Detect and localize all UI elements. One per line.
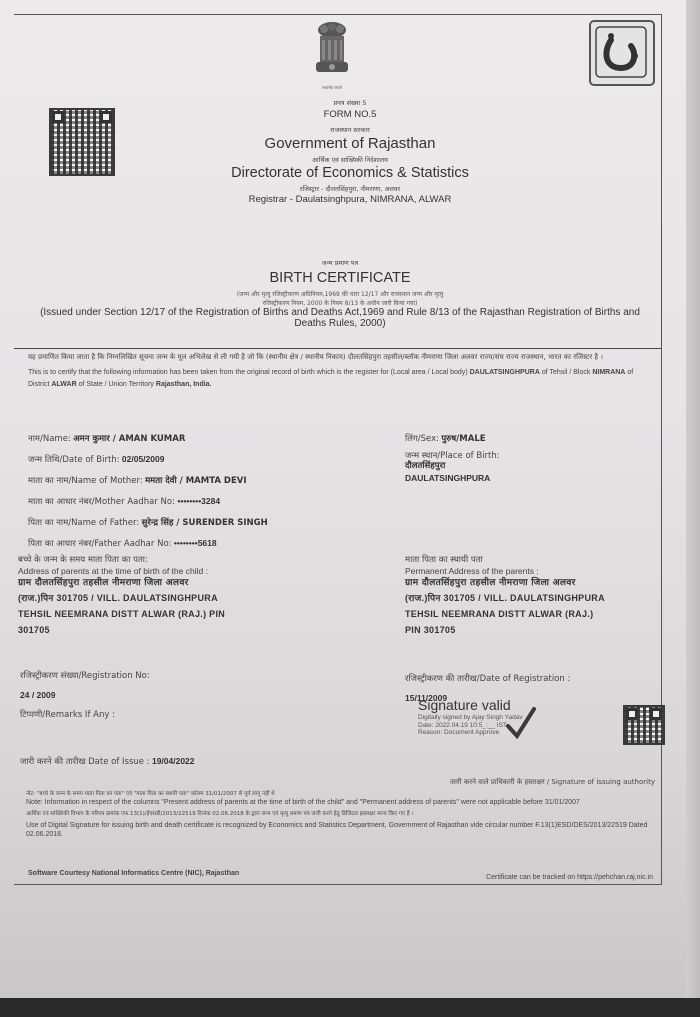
software-courtesy: Software Courtesy National Informatics C… xyxy=(28,869,239,878)
note-hindi: नोट: "बच्चे के जन्म के समय माता पिता का … xyxy=(26,790,656,798)
father-value: सुरेन्द्र सिंह / SURENDER SINGH xyxy=(142,518,268,528)
certify-prefix: This is to certify that the following in… xyxy=(28,369,468,376)
govt-name: Government of Rajasthan xyxy=(180,135,520,152)
father-row: पिता का नाम/Name of Father: सुरेन्द्र सि… xyxy=(28,512,368,533)
dsc-note-hindi: आर्थिक एवं सांख्यिकी विभाग के परिपत्र क्… xyxy=(26,810,656,818)
sex-row: लिंग/Sex: पुरुष/MALE xyxy=(405,428,655,449)
dob-row: जन्म तिथि/Date of Birth: 02/05/2009 xyxy=(28,449,368,470)
dob-value: 02/05/2009 xyxy=(122,454,165,464)
qr-code-top xyxy=(49,108,115,176)
dob-label: जन्म तिथि/Date of Birth: xyxy=(28,455,120,465)
birth-address-label-hindi: बच्चे के जन्म के समय माता पिता का पता: xyxy=(18,555,363,566)
issue-date-label: जारी करने की तारीख Date of Issue : xyxy=(20,757,150,767)
state: Rajasthan, India. xyxy=(156,381,212,388)
issue-date-value: 19/04/2022 xyxy=(152,756,195,766)
ashoka-emblem-icon xyxy=(306,20,358,86)
name-label: नाम/Name: xyxy=(28,434,71,444)
reg-no-label: रजिस्ट्रीकरण संख्या/Registration No: xyxy=(20,670,360,681)
issuing-authority-signature: जारी करने वाले प्राधिकारी के हस्ताक्षर /… xyxy=(400,778,655,787)
mother-aadhar-value: ••••••••3284 xyxy=(177,496,220,506)
issued-under: (Issued under Section 12/17 of the Regis… xyxy=(20,307,660,329)
pob-value: DAULATSINGHPURA xyxy=(405,471,655,485)
national-emblem: सत्यमेव जयते xyxy=(306,20,358,86)
perm-address-line3: TEHSIL NEEMRANA DISTT ALWAR (RAJ.) xyxy=(405,606,660,622)
qr-code-signature xyxy=(623,705,665,745)
of-tehsil: of Tehsil / Block xyxy=(542,369,591,376)
remarks-label: टिप्पणी/Remarks If Any : xyxy=(20,709,360,720)
birth-address-line2: (राज.)पिन 301705 / VILL. DAULATSINGHPURA xyxy=(18,590,363,606)
father-label: पिता का नाम/Name of Father: xyxy=(28,518,139,528)
pehchan-logo xyxy=(589,20,655,86)
dsc-note-english: Use of Digital Signature for issuing bir… xyxy=(26,821,656,839)
father-aadhar-value: ••••••••5618 xyxy=(174,538,217,548)
local-body: DAULATSINGHPURA xyxy=(470,369,540,376)
mother-label: माता का नाम/Name of Mother: xyxy=(28,476,143,486)
birth-address-line3: TEHSIL NEEMRANA DISTT ALWAR (RAJ.) PIN xyxy=(18,606,363,622)
father-aadhar-label: पिता का आधार नंबर/Father Aadhar No: xyxy=(28,539,172,549)
pob-label: जन्म स्थान/Place of Birth: xyxy=(405,451,655,461)
birth-address-line4: 301705 xyxy=(18,622,363,638)
issued-under-hindi-2: रजिस्ट्रीकरण नियम, 2000 के नियम 8/13 के … xyxy=(20,299,660,307)
name-value: अमन कुमार / AMAN KUMAR xyxy=(73,434,185,444)
checkmark-icon xyxy=(505,706,537,740)
title-hindi: जन्म प्रमाण पत्र xyxy=(20,258,660,267)
reg-date-label: रजिस्ट्रीकरण की तारीख/Date of Registrati… xyxy=(405,673,655,684)
directorate-hindi: आर्थिक एवं सांख्यिकी निदेशालय xyxy=(180,155,520,164)
name-row: नाम/Name: अमन कुमार / AMAN KUMAR xyxy=(28,428,368,449)
certificate-title: BIRTH CERTIFICATE xyxy=(20,270,660,286)
certify-text-hindi: यह प्रमाणित किया जाता है कि निम्नलिखित स… xyxy=(28,352,653,363)
note-english: Note: Information in respect of the colu… xyxy=(26,798,656,807)
mother-aadhar-row: माता का आधार नंबर/Mother Aadhar No: ••••… xyxy=(28,491,368,512)
govt-hindi: राजस्थान सरकार xyxy=(180,125,520,134)
pehchan-logo-icon xyxy=(591,22,653,84)
perm-address-label-hindi: माता पिता का स्थायी पता xyxy=(405,555,660,566)
birth-address-label: Address of parents at the time of birth … xyxy=(18,566,363,577)
of-state: of State / Union Territory xyxy=(79,381,154,388)
mother-row: माता का नाम/Name of Mother: ममता देवी / … xyxy=(28,470,368,491)
perm-address-line1: ग्राम दौलतसिंहपुरा तहसील नीमराणा जिला अल… xyxy=(405,577,660,590)
certify-text: This is to certify that the following in… xyxy=(28,367,653,391)
pob-value-hindi: दौलतसिंहपुरा xyxy=(405,461,655,471)
father-aadhar-row: पिता का आधार नंबर/Father Aadhar No: ••••… xyxy=(28,533,368,554)
sex-label: लिंग/Sex: xyxy=(405,434,439,444)
mother-aadhar-label: माता का आधार नंबर/Mother Aadhar No: xyxy=(28,497,175,507)
issued-under-hindi-1: (जन्म और मृत्यु रजिस्ट्रीकरण अधिनियम,196… xyxy=(20,290,660,298)
directorate-name: Directorate of Economics & Statistics xyxy=(180,165,520,181)
mother-value: ममता देवी / MAMTA DEVI xyxy=(145,476,246,486)
district: ALWAR xyxy=(51,381,76,388)
birth-address-line1: ग्राम दौलतसिंहपुरा तहसील नीमराणा जिला अल… xyxy=(18,577,363,590)
registrar: Registrar - Daulatsinghpura, NIMRANA, AL… xyxy=(180,194,520,205)
form-no-hindi: प्रपत्र संख्या 5 xyxy=(180,98,520,107)
perm-address-line2: (राज.)पिन 301705 / VILL. DAULATSINGHPURA xyxy=(405,590,660,606)
perm-address-line4: PIN 301705 xyxy=(405,622,660,638)
sex-value: पुरुष/MALE xyxy=(441,434,485,444)
tracking-link[interactable]: Certificate can be tracked on https://pe… xyxy=(413,873,653,882)
perm-address-label: Permanent Address of the parents : xyxy=(405,566,660,577)
header-divider xyxy=(14,348,661,349)
reg-no-value: 24 / 2009 xyxy=(20,690,360,700)
tehsil: NIMRANA xyxy=(592,369,625,376)
form-no: FORM NO.5 xyxy=(180,109,520,120)
registrar-hindi: रजिस्ट्रार - दौलतसिंहपुरा, नीमराणा, अलवर xyxy=(180,184,520,193)
paper-edge xyxy=(686,0,700,998)
